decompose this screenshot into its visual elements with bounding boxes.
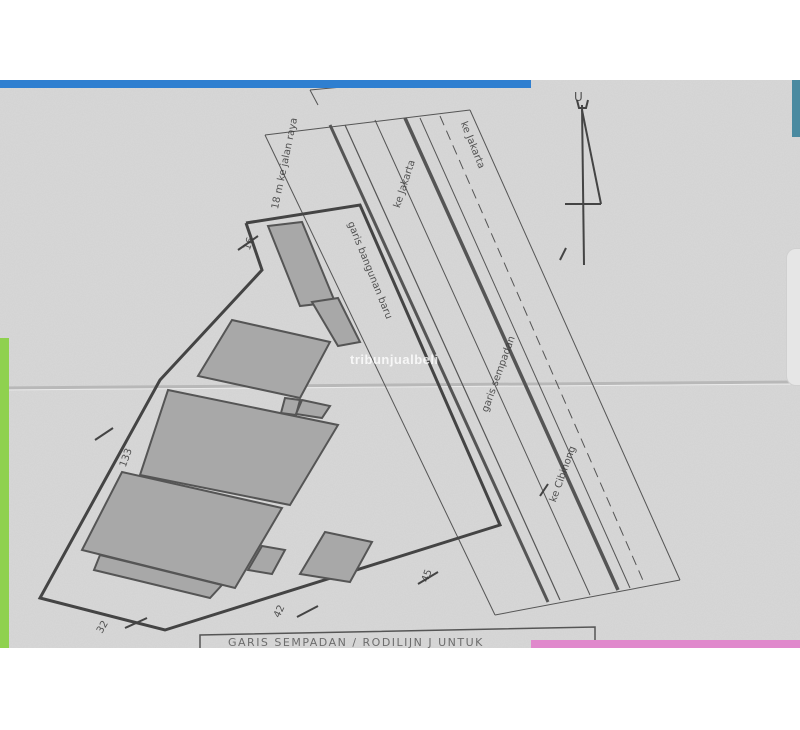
accent-bar-left (0, 338, 9, 648)
plan-caption: GARIS SEMPADAN / RODILIJN J UNTUK (228, 636, 484, 649)
accent-bar-bottom (531, 640, 800, 648)
accent-bar-top (0, 80, 531, 88)
accent-bar-right (792, 80, 800, 137)
side-drawer-handle[interactable] (786, 248, 800, 386)
site-plan-photo: 18 m ke jalan raya ke Jakarta ke Jakarta… (0, 80, 800, 648)
watermark: tribunjualbeli (350, 352, 439, 367)
north-label: U (574, 90, 583, 104)
